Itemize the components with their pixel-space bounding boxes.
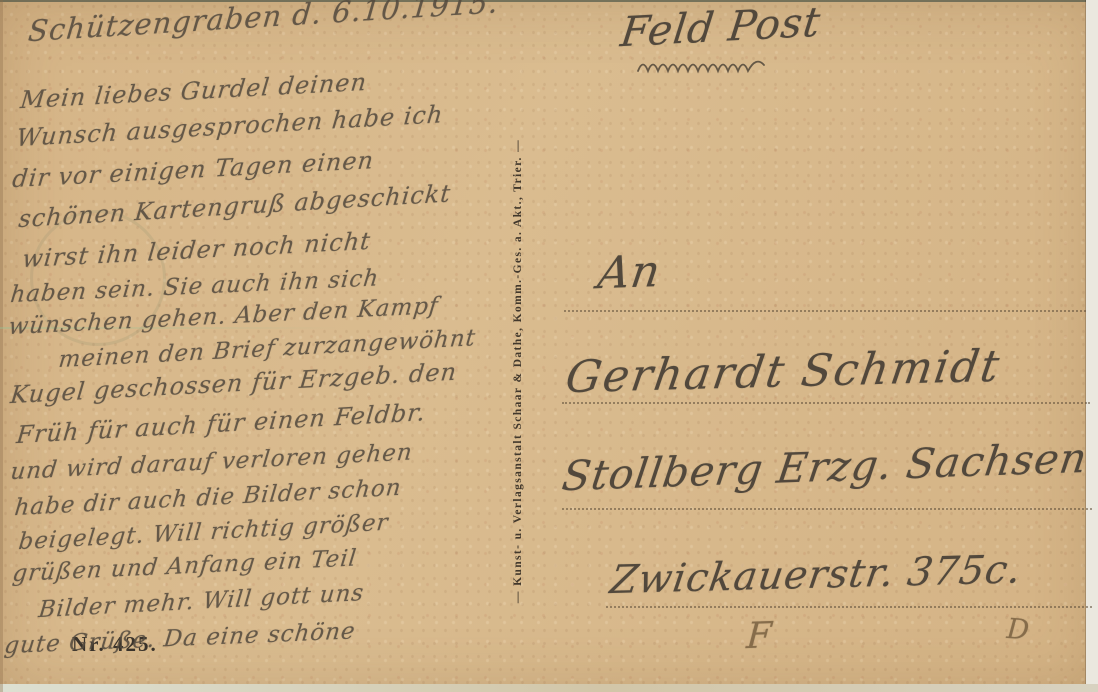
scan-edge-bottom bbox=[0, 684, 1098, 692]
publisher-imprint-text: — Kunst- u. Verlagsanstalt Schaar & Dath… bbox=[512, 139, 524, 603]
address-recipient: Gerhardt Schmidt bbox=[562, 341, 1004, 404]
feldpost-label: Feld Post bbox=[618, 0, 824, 56]
address-place: Stollberg Erzg. Sachsen bbox=[559, 434, 1090, 501]
scan-edge-right bbox=[1086, 0, 1098, 692]
scan-edge-top bbox=[0, 0, 1098, 2]
address-street: Zwickauerstr. 375c. bbox=[607, 547, 1025, 603]
address-line-rule bbox=[606, 606, 1092, 608]
message-dateline: Schützengraben d. 6.10.1915. bbox=[27, 0, 501, 48]
address-line-rule bbox=[562, 402, 1090, 404]
message-line: Bilder mehr. Will gott uns bbox=[37, 580, 365, 623]
address-line-rule bbox=[562, 508, 1092, 510]
publisher-imprint: — Kunst- u. Verlagsanstalt Schaar & Dath… bbox=[505, 78, 531, 664]
pencil-mark-d: D bbox=[1006, 612, 1032, 647]
scan-edge-left bbox=[0, 0, 3, 692]
postcard-back: — Kunst- u. Verlagsanstalt Schaar & Dath… bbox=[0, 0, 1098, 692]
address-to-label: An bbox=[595, 246, 664, 299]
address-line-rule bbox=[564, 310, 1086, 312]
pencil-mark-f: F bbox=[745, 615, 774, 657]
feldpost-underline-squiggle bbox=[636, 54, 806, 76]
message-line: gute Grüße. Da eine schöne bbox=[3, 618, 357, 659]
